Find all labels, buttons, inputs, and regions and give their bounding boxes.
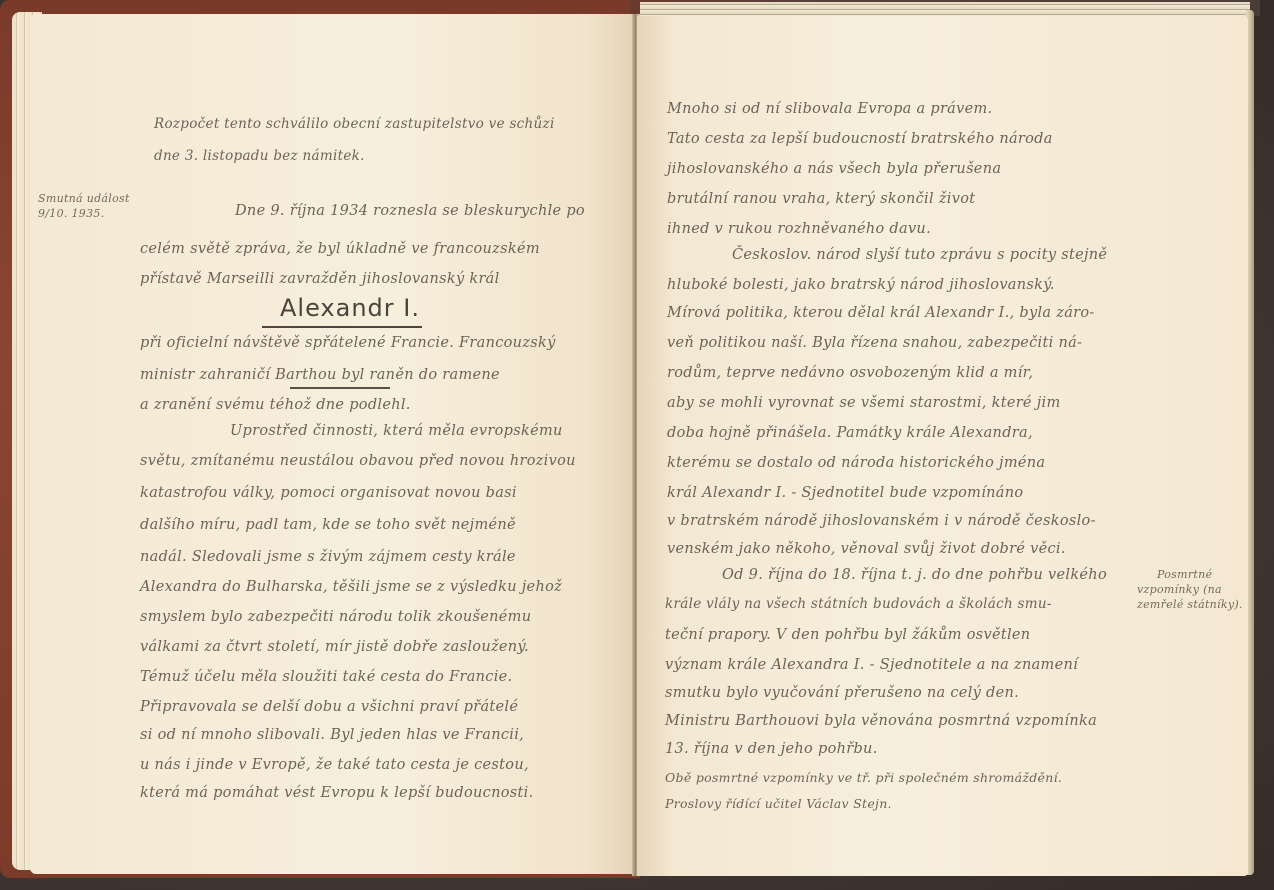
text-line: hluboké bolesti, jako bratrský národ jih… [667, 278, 1055, 293]
text-line: přístavě Marseilli zavražděn jihoslovans… [140, 272, 500, 287]
text-line: Mírová politika, kterou dělal král Alexa… [667, 306, 1095, 321]
text-line: dne 3. listopadu bez námitek. [154, 150, 365, 164]
text-line: Dne 9. října 1934 roznesla se bleskurych… [235, 204, 585, 219]
text-line: Od 9. října do 18. října t. j. do dne po… [722, 568, 1107, 583]
text-line: Uprostřed činnosti, která měla evropském… [230, 424, 563, 439]
text-line: Připravovala se delší dobu a všichni pra… [140, 700, 518, 715]
text-line: nadál. Sledovali jsme s živým zájmem ces… [140, 550, 516, 565]
margin-note-line: Posmrtné [1137, 568, 1243, 583]
highlighted-name: Alexandr I. [280, 294, 420, 322]
text-line: v bratrském národě jihoslovanském i v ná… [667, 514, 1096, 529]
text-line: celém světě zpráva, že byl úkladně ve fr… [140, 242, 540, 257]
margin-note-line: zemřelé státníky). [1137, 598, 1243, 613]
text-line: Mnoho si od ní slibovala Evropa a právem… [667, 102, 992, 117]
text-line: ihned v rukou rozhněvaného davu. [667, 222, 931, 237]
text-line: Proslovy řídící učitel Václav Stejn. [665, 798, 892, 811]
margin-note-line: 9/10. 1935. [38, 207, 130, 222]
text-line: Českoslov. národ slyší tuto zprávu s poc… [732, 248, 1107, 263]
text-line: kterému se dostalo od národa historickéh… [667, 456, 1045, 471]
text-line: která má pomáhat vést Evropu k lepší bud… [140, 786, 533, 801]
text-line: Rozpočet tento schválilo obecní zastupit… [154, 118, 555, 132]
text-line: a zranění svému téhož dne podlehl. [140, 398, 411, 413]
margin-note-left: Smutná událost 9/10. 1935. [38, 192, 130, 222]
text-line: 13. října v den jeho pohřbu. [665, 742, 878, 757]
right-page: Mnoho si od ní slibovala Evropa a právem… [637, 16, 1248, 876]
text-line: Obě posmrtné vzpomínky ve tř. při společ… [665, 772, 1062, 785]
margin-note-right: Posmrtné vzpomínky (na zemřelé státníky)… [1137, 568, 1243, 613]
text-line: katastrofou války, pomoci organisovat no… [140, 486, 517, 501]
text-line: Témuž účelu měla sloužiti také cesta do … [140, 670, 512, 685]
barthou-underline [290, 387, 390, 389]
text-line: světu, zmítanému neustálou obavou před n… [140, 454, 576, 469]
text-line: doba hojně přinášela. Památky krále Alex… [667, 426, 1033, 441]
text-line: Alexandra do Bulharska, těšili jsme se z… [140, 580, 562, 595]
text-line: venském jako někoho, věnoval svůj život … [667, 542, 1066, 557]
text-line: si od ní mnoho slibovali. Byl jeden hlas… [140, 728, 524, 743]
text-line: význam krále Alexandra I. - Sjednotitele… [665, 658, 1078, 673]
text-line: Tato cesta za lepší budoucností bratrské… [667, 132, 1053, 147]
text-line: válkami za čtvrt století, mír jistě dobř… [140, 640, 529, 655]
margin-note-line: vzpomínky (na [1137, 583, 1243, 598]
text-line: dalšího míru, padl tam, kde se toho svět… [140, 518, 516, 533]
text-line: král Alexandr I. - Sjednotitel bude vzpo… [667, 486, 1023, 501]
text-line: teční prapory. V den pohřbu byl žákům os… [665, 628, 1030, 643]
text-line: při oficielní návštěvě spřátelené Franci… [140, 336, 556, 351]
text-line: veň politikou naší. Byla řízena snahou, … [667, 336, 1082, 351]
text-line: aby se mohli vyrovnat se všemi starostmi… [667, 396, 1061, 411]
text-line: smyslem bylo zabezpečiti národu tolik zk… [140, 610, 531, 625]
margin-note-line: Smutná událost [38, 192, 130, 207]
name-underline [262, 326, 422, 328]
text-line: smutku bylo vyučování přerušeno na celý … [665, 686, 1019, 701]
text-line: brutální ranou vraha, který skončil živo… [667, 192, 975, 207]
text-line: ministr zahraničí Barthou byl raněn do r… [140, 368, 500, 383]
text-line: u nás i jinde v Evropě, že také tato ces… [140, 758, 529, 773]
text-line: Ministru Barthouovi byla věnována posmrt… [665, 714, 1097, 729]
text-line: jihoslovanského a nás všech byla přeruše… [667, 162, 1001, 177]
left-page: Smutná událost 9/10. 1935. Rozpočet tent… [30, 14, 634, 874]
text-line: krále vlály na všech státních budovách a… [665, 598, 1052, 612]
text-line: rodům, teprve nedávno osvobozeným klid a… [667, 366, 1033, 381]
